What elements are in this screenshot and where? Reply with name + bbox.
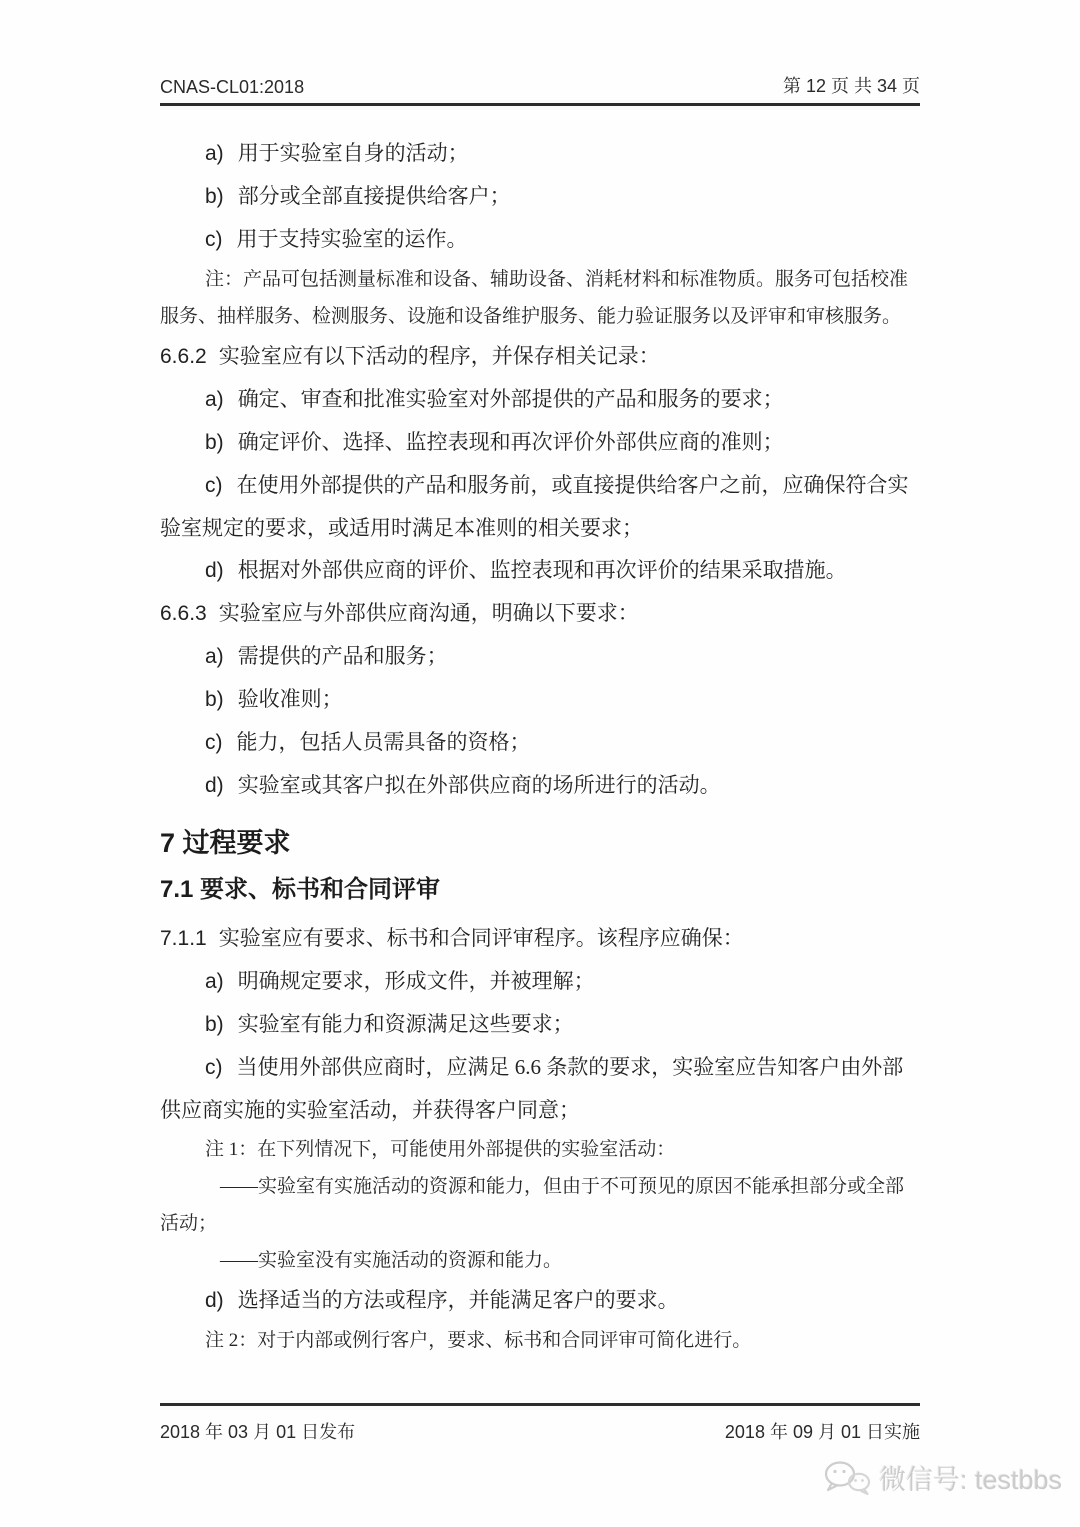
list-item: a)需提供的产品和服务； bbox=[160, 635, 922, 678]
list-item: d)选择适当的方法或程序，并能满足客户的要求。 bbox=[160, 1279, 922, 1322]
list-item-text: 需提供的产品和服务； bbox=[238, 644, 448, 668]
list-item-label: c) bbox=[205, 1056, 223, 1079]
list-item-text: 当使用外部供应商时，应满足 6.6 条款的要求，实验室应告知客户由外部供应商实施… bbox=[160, 1055, 903, 1122]
list-item-label: c) bbox=[205, 474, 223, 497]
doc-code: CNAS-CL01:2018 bbox=[160, 77, 304, 98]
list-item: d)实验室或其客户拟在外部供应商的场所进行的活动。 bbox=[160, 764, 922, 807]
clause-7-1-1: 7.1.1实验室应有要求、标书和合同评审程序。该程序应确保： bbox=[160, 917, 922, 960]
list-item-label: a) bbox=[205, 142, 224, 165]
note-2: 注 2：对于内部或例行客户，要求、标书和合同评审可简化进行。 bbox=[160, 1322, 922, 1359]
list-item-label: a) bbox=[205, 645, 224, 668]
list-item-label: b) bbox=[205, 185, 224, 208]
clause-6-6-3: 6.6.3实验室应与外部供应商沟通，明确以下要求： bbox=[160, 592, 922, 635]
clause-text: 实验室应与外部供应商沟通，明确以下要求： bbox=[219, 601, 639, 625]
watermark-text: 微信号: testbbs bbox=[879, 1458, 1062, 1497]
list-item-label: d) bbox=[205, 1289, 224, 1312]
document-page: CNAS-CL01:2018 第 12 页 共 34 页 a)用于实验室自身的活… bbox=[0, 0, 1080, 1527]
list-item-label: a) bbox=[205, 388, 224, 411]
list-item: b)验收准则； bbox=[160, 678, 922, 721]
list-item-label: c) bbox=[205, 228, 223, 251]
list-item-text: 验收准则； bbox=[238, 687, 343, 711]
dash-item: ——实验室有实施活动的资源和能力，但由于不可预见的原因不能承担部分或全部活动； bbox=[160, 1168, 922, 1242]
list-item-text: 能力，包括人员需具备的资格； bbox=[237, 730, 531, 754]
note-1: 注 1：在下列情况下，可能使用外部提供的实验室活动： bbox=[160, 1131, 922, 1168]
list-item-label: b) bbox=[205, 431, 224, 454]
list-item-label: d) bbox=[205, 559, 224, 582]
list-item: a)明确规定要求，形成文件，并被理解； bbox=[160, 960, 922, 1003]
section-heading-7-1: 7.1 要求、标书和合同评审 bbox=[160, 871, 922, 909]
clause-number: 6.6.2 bbox=[160, 345, 207, 368]
list-item-text: 实验室或其客户拟在外部供应商的场所进行的活动。 bbox=[238, 773, 721, 797]
clause-text: 实验室应有以下活动的程序，并保存相关记录： bbox=[219, 344, 660, 368]
publish-date: 2018 年 03 月 01 日发布 bbox=[160, 1418, 355, 1444]
dash-item: ——实验室没有实施活动的资源和能力。 bbox=[160, 1242, 922, 1279]
list-item-label: d) bbox=[205, 774, 224, 797]
list-item-label: b) bbox=[205, 688, 224, 711]
list-item: b)部分或全部直接提供给客户； bbox=[160, 175, 922, 218]
list-item-text: 实验室有能力和资源满足这些要求； bbox=[238, 1012, 574, 1036]
clause-text: 实验室应有要求、标书和合同评审程序。该程序应确保： bbox=[219, 926, 744, 950]
note-paragraph: 注：产品可包括测量标准和设备、辅助设备、消耗材料和标准物质。服务可包括校准服务、… bbox=[160, 261, 922, 335]
document-body: a)用于实验室自身的活动； b)部分或全部直接提供给客户； c)用于支持实验室的… bbox=[0, 106, 1080, 1359]
page-footer: 2018 年 03 月 01 日发布 2018 年 09 月 01 日实施 bbox=[160, 1403, 920, 1444]
list-item-text: 明确规定要求，形成文件，并被理解； bbox=[238, 969, 595, 993]
section-heading-7: 7 过程要求 bbox=[160, 823, 922, 863]
list-item-text: 根据对外部供应商的评价、监控表现和再次评价的结果采取措施。 bbox=[238, 558, 847, 582]
wechat-watermark: 微信号: testbbs bbox=[823, 1458, 1062, 1497]
list-item-label: b) bbox=[205, 1013, 224, 1036]
implement-date: 2018 年 09 月 01 日实施 bbox=[725, 1418, 920, 1444]
list-item-text: 选择适当的方法或程序，并能满足客户的要求。 bbox=[238, 1288, 679, 1312]
page-number-label: 第 12 页 共 34 页 bbox=[783, 72, 920, 98]
list-item: c)用于支持实验室的运作。 bbox=[160, 218, 922, 261]
list-item-text: 确定、审查和批准实验室对外部提供的产品和服务的要求； bbox=[238, 387, 784, 411]
clause-6-6-2: 6.6.2实验室应有以下活动的程序，并保存相关记录： bbox=[160, 335, 922, 378]
list-item-text: 在使用外部提供的产品和服务前，或直接提供给客户之前，应确保符合实验室规定的要求，… bbox=[160, 473, 909, 540]
list-item: d)根据对外部供应商的评价、监控表现和再次评价的结果采取措施。 bbox=[160, 549, 922, 592]
list-item: b)实验室有能力和资源满足这些要求； bbox=[160, 1003, 922, 1046]
wechat-icon bbox=[823, 1460, 871, 1496]
list-item-label: a) bbox=[205, 970, 224, 993]
clause-number: 7.1.1 bbox=[160, 927, 207, 950]
list-item-text: 确定评价、选择、监控表现和再次评价外部供应商的准则； bbox=[238, 430, 784, 454]
list-item: c)当使用外部供应商时，应满足 6.6 条款的要求，实验室应告知客户由外部供应商… bbox=[160, 1046, 922, 1131]
list-item: c)能力，包括人员需具备的资格； bbox=[160, 721, 922, 764]
list-item-text: 部分或全部直接提供给客户； bbox=[238, 184, 511, 208]
list-item-text: 用于支持实验室的运作。 bbox=[237, 227, 468, 251]
list-item-text: 用于实验室自身的活动； bbox=[238, 141, 469, 165]
clause-number: 6.6.3 bbox=[160, 602, 207, 625]
list-item: a)确定、审查和批准实验室对外部提供的产品和服务的要求； bbox=[160, 378, 922, 421]
list-item: a)用于实验室自身的活动； bbox=[160, 132, 922, 175]
page-header: CNAS-CL01:2018 第 12 页 共 34 页 bbox=[160, 0, 920, 98]
list-item: c)在使用外部提供的产品和服务前，或直接提供给客户之前，应确保符合实验室规定的要… bbox=[160, 464, 922, 549]
list-item: b)确定评价、选择、监控表现和再次评价外部供应商的准则； bbox=[160, 421, 922, 464]
list-item-label: c) bbox=[205, 731, 223, 754]
